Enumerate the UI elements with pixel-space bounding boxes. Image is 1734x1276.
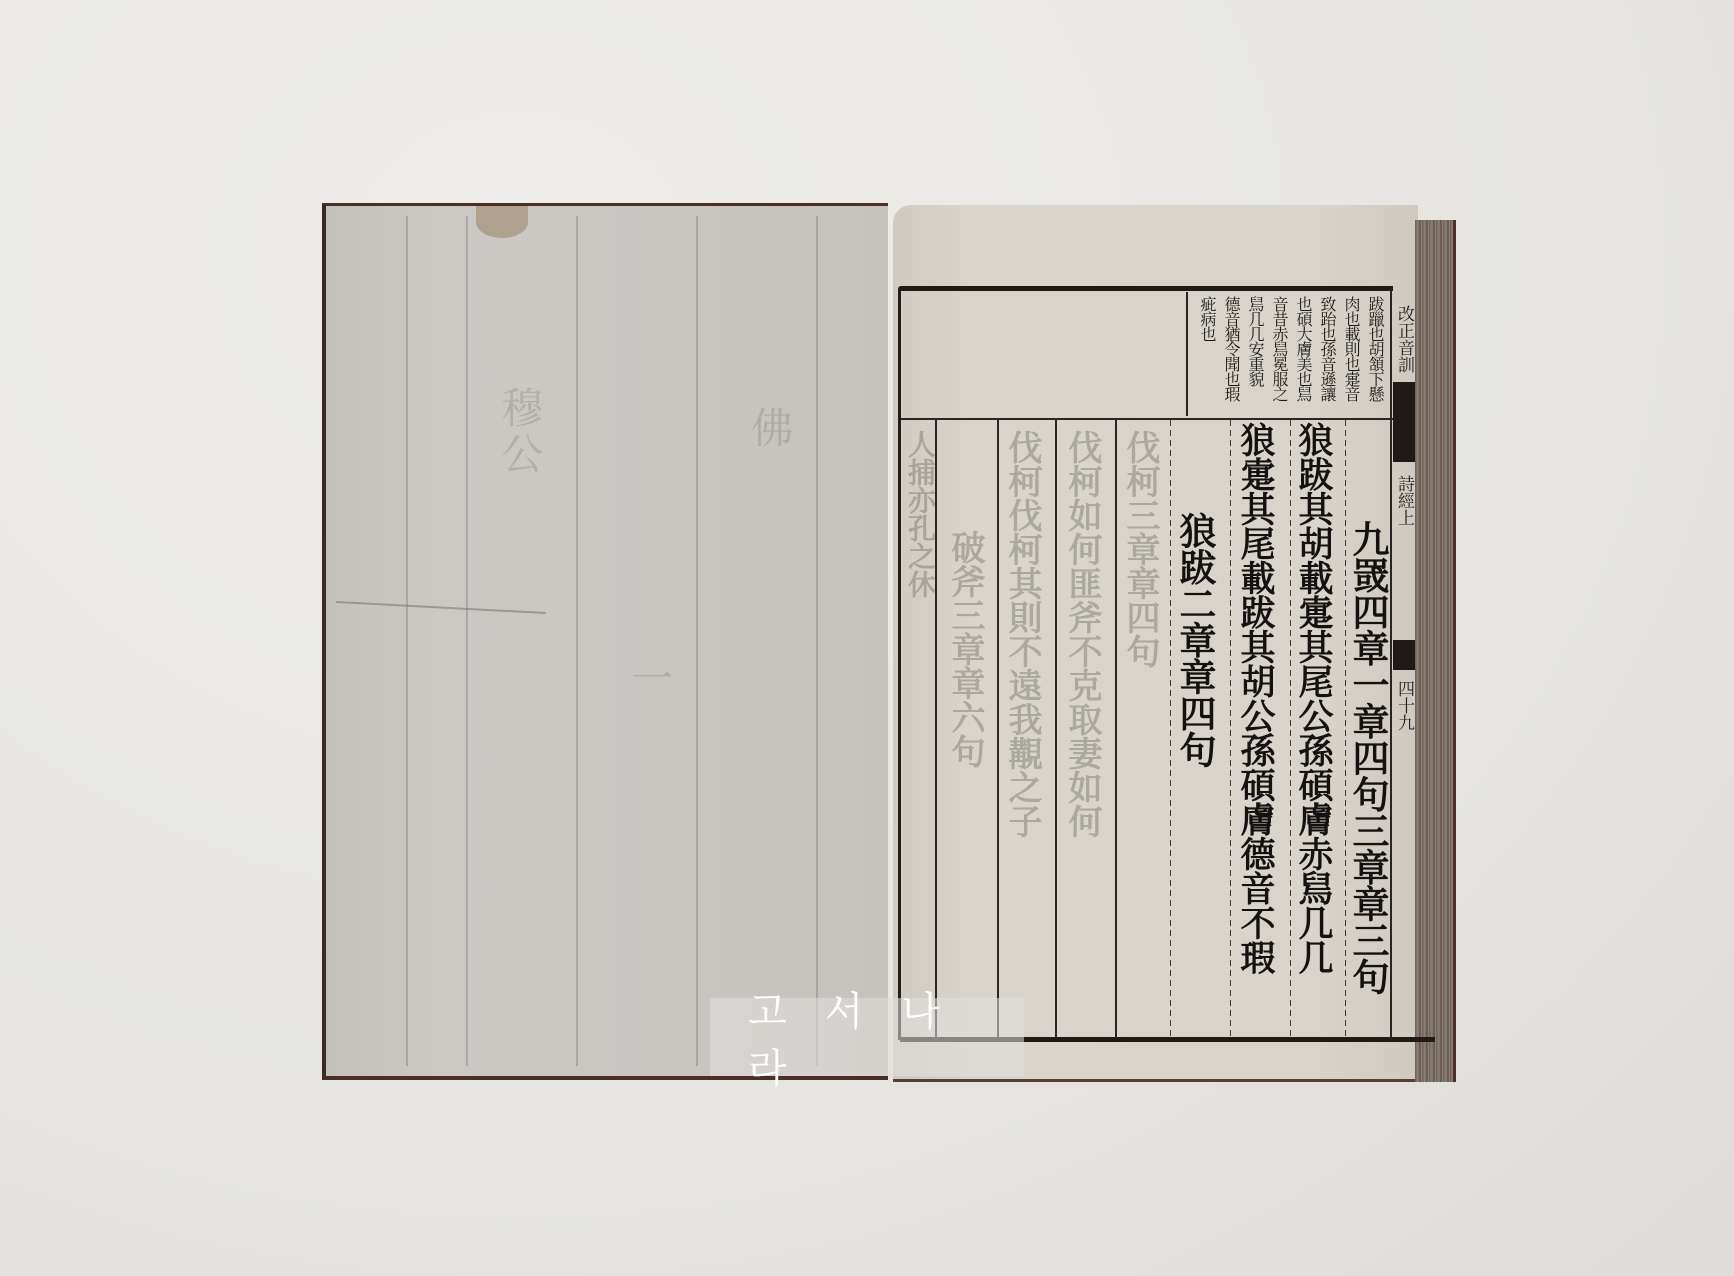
fishtail-mark — [1393, 640, 1415, 670]
bleed-through-text: 一 — [626, 656, 672, 702]
bleed-through-text: 破斧三章章六句 — [945, 530, 985, 768]
annotation-divider — [901, 418, 1393, 420]
main-text-column: 狼疐其尾載跋其胡公孫碩膚德音不瑕 — [1232, 422, 1278, 974]
column-rule — [997, 420, 999, 1038]
left-page: 穆公 佛 一 — [322, 203, 888, 1080]
bleed-through-rule — [576, 216, 578, 1066]
main-text-column: 狼跋其胡載疐其尾公孫碩膚赤舃几几 — [1290, 422, 1336, 974]
bleed-through-rule — [816, 216, 818, 1066]
bleed-through-text: 人捕亦孔之休 — [900, 430, 940, 598]
bleed-through-text: 穆公 — [496, 386, 542, 478]
bleed-through-text: 佛 — [746, 406, 792, 452]
column-rule — [1115, 420, 1117, 1038]
column-rule — [1055, 420, 1057, 1038]
commentary-column: 也碩大膚美也舃 — [1292, 296, 1314, 414]
bleed-through-rule — [406, 216, 408, 1066]
bleed-through-text: 伐柯伐柯其則不遠我覯之子 — [1002, 430, 1042, 838]
bleed-through-text: 伐柯三章章四句 — [1120, 430, 1160, 668]
main-text-column: 九罭四章一章四句三章章三句 — [1345, 520, 1391, 995]
commentary-column: 疵病也 — [1196, 296, 1218, 414]
column-rule — [1170, 420, 1171, 1038]
main-text-column: 狼跋二章章四句 — [1172, 512, 1218, 768]
margin-book-title: 改正音訓 — [1394, 305, 1414, 373]
commentary-column: 音昔赤舃冕服之 — [1268, 296, 1290, 414]
commentary-block: 跋躐也胡頷下懸 肉也載則也疐音 致跆也孫音遜讓 也碩大膚美也舃 音昔赤舃冕服之 … — [1186, 292, 1390, 416]
frame-left-border — [898, 290, 901, 1040]
commentary-column: 德音猶令聞也瑕 — [1220, 296, 1242, 414]
watermark: 고서나라 — [710, 998, 1024, 1076]
bleed-through-rule — [696, 216, 698, 1066]
column-rule — [1230, 420, 1231, 1038]
margin-page-number: 四十九 — [1394, 680, 1414, 731]
water-stain — [476, 206, 528, 238]
page-edge-stack — [1415, 220, 1456, 1082]
commentary-column: 致跆也孫音遜讓 — [1316, 296, 1338, 414]
bleed-through-rule — [466, 216, 468, 1066]
watermark-text: 고서나라 — [710, 980, 1024, 1094]
bleed-through-text: 伐柯如何匪斧不克取妻如何 — [1062, 430, 1102, 838]
paper-crease — [336, 601, 546, 614]
frame-top-border — [898, 286, 1393, 291]
commentary-column: 跋躐也胡頷下懸 — [1364, 296, 1386, 414]
fishtail-mark — [1393, 382, 1415, 462]
margin-volume-label: 詩經上 — [1394, 475, 1414, 526]
commentary-column: 肉也載則也疐音 — [1340, 296, 1362, 414]
commentary-column: 舃几几安重貌 — [1244, 296, 1266, 414]
